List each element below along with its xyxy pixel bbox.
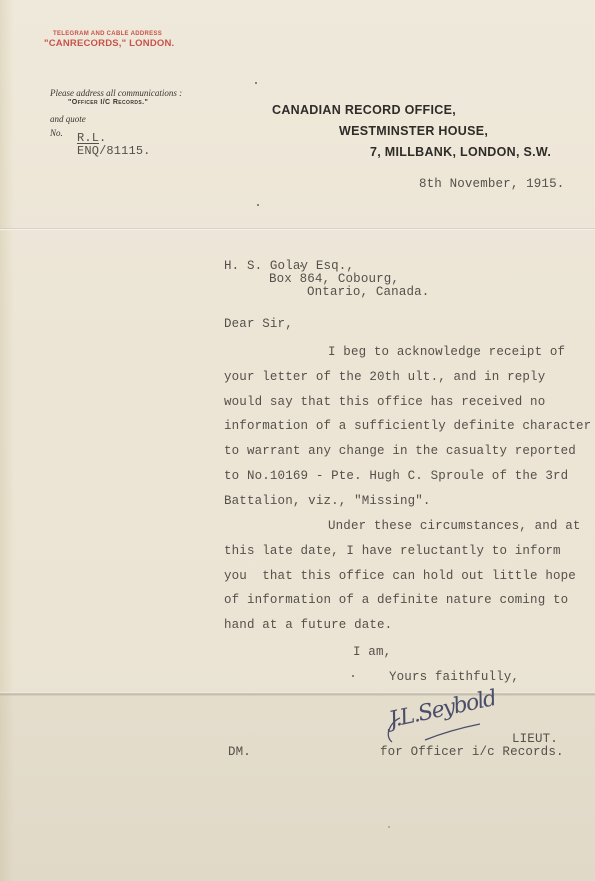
body-line: your letter of the 20th ult., and in rep… <box>224 370 545 384</box>
body-line: of information of a definite nature comi… <box>224 593 568 607</box>
body-line: I beg to acknowledge receipt of <box>328 345 565 359</box>
letter-date: 8th November, 1915. <box>419 177 564 191</box>
body-line: to No.10169 - Pte. Hugh C. Sproule of th… <box>224 469 568 483</box>
office-name: CANADIAN RECORD OFFICE, <box>272 103 456 117</box>
closing-line1: I am, <box>353 645 391 659</box>
body-line: to warrant any change in the casualty re… <box>224 444 576 458</box>
body-line: you that this office can hold out little… <box>224 569 576 583</box>
recipient-name: H. S. Golay Esq., <box>224 259 354 273</box>
paper-speck <box>300 265 302 267</box>
closing-line2: Yours faithfully, <box>389 670 519 684</box>
fold-line-upper <box>0 228 595 231</box>
office-building: WESTMINSTER HOUSE, <box>339 124 488 138</box>
paper-lower-panel <box>0 695 595 881</box>
telegraph-address: "CANRECORDS," LONDON. <box>44 38 174 49</box>
address-to: "Officer I/C Records." <box>68 99 148 106</box>
recipient-box: Box 864, Cobourg, <box>269 272 399 286</box>
salutation: Dear Sir, <box>224 317 293 331</box>
body-line: hand at a future date. <box>224 618 392 632</box>
reference-number: /81115. <box>99 144 150 158</box>
paper-speck <box>255 82 257 84</box>
signatory-title: for Officer i/c Records. <box>380 745 564 759</box>
address-instruction: Please address all communications : <box>50 88 182 98</box>
body-line: this late date, I have reluctantly to in… <box>224 544 561 558</box>
typist-initials: DM. <box>228 745 251 759</box>
body-line: information of a sufficiently definite c… <box>224 419 591 433</box>
body-line: Battalion, viz., "Missing". <box>224 494 431 508</box>
reference-number-line: ENQ/81115. <box>77 144 151 158</box>
reference-prefix: ENQ <box>77 143 99 158</box>
body-line: would say that this office has received … <box>224 395 545 409</box>
fold-line-lower <box>0 692 595 696</box>
paper-speck <box>257 204 259 206</box>
recipient-region: Ontario, Canada. <box>307 285 429 299</box>
number-label: No. <box>50 128 63 138</box>
body-line: Under these circumstances, and at <box>328 519 581 533</box>
paper-speck <box>388 826 390 828</box>
office-street: 7, MILLBANK, LONDON, S.W. <box>370 145 551 159</box>
telegraph-label: Telegram and Cable Address <box>53 31 162 37</box>
quote-label: and quote <box>50 114 86 124</box>
signature-flourish-icon <box>380 700 500 750</box>
paper-speck <box>352 675 354 677</box>
rank: LIEUT. <box>512 732 558 746</box>
